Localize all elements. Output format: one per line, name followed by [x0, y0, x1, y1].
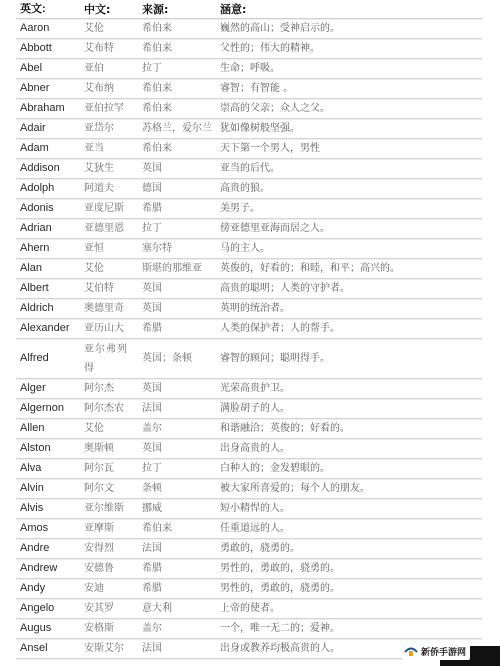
cell-chinese: 亚德里恩	[84, 222, 142, 235]
cell-origin: 盖尔	[142, 622, 218, 635]
cell-meaning: 睿智；有智能 。	[218, 82, 482, 95]
cell-meaning: 白种人的；金发碧眼的。	[218, 462, 482, 475]
cell-meaning: 亚当的后代。	[218, 162, 482, 175]
table-row: Augus安格斯盖尔一个，唯一无二的；爱神。	[16, 619, 482, 639]
cell-chinese: 亚伯拉罕	[84, 102, 142, 115]
cell-chinese: 安格斯	[84, 622, 142, 635]
cell-origin: 条顿	[142, 482, 218, 495]
cell-english: Aaron	[16, 22, 84, 35]
cell-meaning: 短小精悍的人。	[218, 502, 482, 515]
cell-chinese: 安迪	[84, 582, 142, 595]
cell-english: Albert	[16, 282, 84, 295]
cell-origin: 苏格兰，爱尔兰	[142, 122, 218, 135]
cell-chinese: 安德鲁	[84, 562, 142, 575]
cell-chinese: 阿尔杰农	[84, 402, 142, 415]
cell-chinese: 亚尔弗列得	[84, 340, 128, 378]
cell-english: Alston	[16, 442, 84, 455]
table-row: Alexander亚历山大希腊人类的保护者；人的帮手。	[16, 319, 482, 339]
cell-english: Alan	[16, 262, 84, 275]
cell-meaning: 光荣高贵护卫。	[218, 382, 482, 395]
table-row: Amos亚摩斯希伯来任重道远的人。	[16, 519, 482, 539]
cell-english: Adolph	[16, 182, 84, 195]
cell-meaning: 巍然的高山；受神启示的。	[218, 22, 482, 35]
cell-english: Adonis	[16, 202, 84, 215]
cell-english: Adam	[16, 142, 84, 155]
cell-english: Angelo	[16, 602, 84, 615]
cell-english: Andrew	[16, 562, 84, 575]
cell-origin: 希伯来	[142, 522, 218, 535]
watermark-label: 新侨手游网	[402, 642, 470, 660]
cell-origin: 盖尔	[142, 422, 218, 435]
cell-origin: 德国	[142, 182, 218, 195]
header-chinese: 中文:	[84, 3, 142, 16]
table-row: Adrian亚德里恩拉丁傍亚德里亚海而居之人。	[16, 219, 482, 239]
cell-chinese: 亚尔维斯	[84, 502, 142, 515]
cell-english: Adrian	[16, 222, 84, 235]
cell-origin: 意大利	[142, 602, 218, 615]
table-row: Andy安迪希腊男性的，勇敢的，骁勇的。	[16, 579, 482, 599]
table-row: Andrew安德鲁希腊男性的，勇敢的，骁勇的。	[16, 559, 482, 579]
cell-meaning: 犹如像树般坚强。	[218, 122, 482, 135]
house-logo-icon	[404, 646, 418, 656]
cell-chinese: 阿尔文	[84, 482, 142, 495]
table-row: Algernon阿尔杰农法国满脸胡子的人。	[16, 399, 482, 419]
cell-english: Abner	[16, 82, 84, 95]
cell-origin: 英国	[142, 382, 218, 395]
table-row: Adonis亚度尼斯希腊美男子。	[16, 199, 482, 219]
cell-meaning: 高贵的狼。	[218, 182, 482, 195]
table-row: Alger阿尔杰英国光荣高贵护卫。	[16, 379, 482, 399]
cell-english: Abbott	[16, 42, 84, 55]
cell-meaning: 勇敢的，骁勇的。	[218, 542, 482, 555]
cell-meaning: 生命；呼吸。	[218, 62, 482, 75]
cell-origin: 塞尔特	[142, 242, 218, 255]
cell-origin: 英国	[142, 162, 218, 175]
cell-meaning: 和谐融洽；英俊的；好看的。	[218, 422, 482, 435]
table-row: Adam亚当希伯来天下第一个男人，男性	[16, 139, 482, 159]
cell-english: Ahern	[16, 242, 84, 255]
cell-meaning: 高贵的聪明；人类的守护者。	[218, 282, 482, 295]
cell-english: Alvin	[16, 482, 84, 495]
table-row: Alan艾伦斯堪的那维亚英俊的，好看的；和睦，和平；高兴的。	[16, 259, 482, 279]
cell-meaning: 天下第一个男人，男性	[218, 142, 482, 155]
table-row: Alvis亚尔维斯挪威短小精悍的人。	[16, 499, 482, 519]
cell-english: Addison	[16, 162, 84, 175]
cell-origin: 希腊	[142, 562, 218, 575]
table-row: Abner艾布纳希伯来睿智；有智能 。	[16, 79, 482, 99]
cell-origin: 希伯来	[142, 22, 218, 35]
cell-meaning: 男性的，勇敢的，骁勇的。	[218, 582, 482, 595]
table-row: Angelo安其罗意大利上帝的使者。	[16, 599, 482, 619]
cell-chinese: 奥斯顿	[84, 442, 142, 455]
cell-meaning: 出身高贵的人。	[218, 442, 482, 455]
cell-origin: 英国；条顿	[142, 352, 218, 365]
table-row: Ahern亚恒塞尔特马的主人。	[16, 239, 482, 259]
table-row: Adair亚岱尔苏格兰，爱尔兰犹如像树般坚强。	[16, 119, 482, 139]
cell-meaning: 人类的保护者；人的帮手。	[218, 322, 482, 335]
cell-origin: 法国	[142, 542, 218, 555]
table-row: Adolph阿道夫德国高贵的狼。	[16, 179, 482, 199]
cell-chinese: 安斯艾尔	[84, 642, 142, 655]
cell-chinese: 安其罗	[84, 602, 142, 615]
cell-meaning: 崇高的父亲；众人之父。	[218, 102, 482, 115]
cell-meaning: 一个，唯一无二的；爱神。	[218, 622, 482, 635]
cell-chinese: 亚摩斯	[84, 522, 142, 535]
cell-english: Alexander	[16, 322, 84, 335]
cell-chinese: 艾伦	[84, 262, 142, 275]
table-row: Aaron艾伦希伯来巍然的高山；受神启示的。	[16, 19, 482, 39]
cell-english: Adair	[16, 122, 84, 135]
cell-chinese: 艾伦	[84, 22, 142, 35]
table-row: Aldrich奥德里奇英国英明的统治者。	[16, 299, 482, 319]
watermark-text: 新侨手游网	[421, 645, 466, 658]
site-watermark: 新侨手游网	[402, 642, 500, 666]
cell-chinese: 艾伯特	[84, 282, 142, 295]
table-row: Alva阿尔瓦拉丁白种人的；金发碧眼的。	[16, 459, 482, 479]
cell-meaning: 上帝的使者。	[218, 602, 482, 615]
cell-chinese: 阿道夫	[84, 182, 142, 195]
cell-english: Ansel	[16, 642, 84, 655]
cell-meaning: 任重道远的人。	[218, 522, 482, 535]
cell-meaning: 睿智的顾问；聪明得手。	[218, 352, 482, 365]
cell-meaning: 英明的统治者。	[218, 302, 482, 315]
header-meaning: 涵意:	[218, 3, 482, 16]
cell-chinese: 亚恒	[84, 242, 142, 255]
cell-english: Aldrich	[16, 302, 84, 315]
cell-english: Alfred	[16, 352, 84, 365]
cell-meaning: 英俊的，好看的；和睦，和平；高兴的。	[218, 262, 482, 275]
cell-meaning: 美男子。	[218, 202, 482, 215]
cell-english: Andre	[16, 542, 84, 555]
cell-origin: 希伯来	[142, 142, 218, 155]
table-row: Alvin阿尔文条顿被大家所喜爱的；每个人的朋友。	[16, 479, 482, 499]
table-row: Albert艾伯特英国高贵的聪明；人类的守护者。	[16, 279, 482, 299]
table-row: Abraham亚伯拉罕希伯来崇高的父亲；众人之父。	[16, 99, 482, 119]
cell-meaning: 满脸胡子的人。	[218, 402, 482, 415]
cell-chinese: 艾伦	[84, 422, 142, 435]
cell-english: Alvis	[16, 502, 84, 515]
table-row: Abbott艾布特希伯来父性的；伟大的精神。	[16, 39, 482, 59]
cell-origin: 法国	[142, 642, 218, 655]
cell-chinese: 艾布特	[84, 42, 142, 55]
table-header: 英文: 中文: 来源: 涵意:	[16, 0, 482, 19]
cell-chinese: 亚岱尔	[84, 122, 142, 135]
cell-meaning: 马的主人。	[218, 242, 482, 255]
cell-english: Andy	[16, 582, 84, 595]
cell-chinese: 亚历山大	[84, 322, 142, 335]
cell-origin: 法国	[142, 402, 218, 415]
table-row: Addison艾狄生英国亚当的后代。	[16, 159, 482, 179]
cell-origin: 英国	[142, 442, 218, 455]
cell-origin: 希伯来	[142, 102, 218, 115]
table-row: Allen艾伦盖尔和谐融洽；英俊的；好看的。	[16, 419, 482, 439]
cell-chinese: 艾狄生	[84, 162, 142, 175]
header-origin: 来源:	[142, 3, 218, 16]
cell-chinese: 亚度尼斯	[84, 202, 142, 215]
cell-meaning: 傍亚德里亚海而居之人。	[218, 222, 482, 235]
cell-chinese: 阿尔瓦	[84, 462, 142, 475]
table-row: Alfred亚尔弗列得英国；条顿睿智的顾问；聪明得手。	[16, 339, 482, 379]
cell-meaning: 男性的，勇敢的，骁勇的。	[218, 562, 482, 575]
cell-chinese: 安得烈	[84, 542, 142, 555]
cell-english: Algernon	[16, 402, 84, 415]
cell-english: Augus	[16, 622, 84, 635]
table-row: Alston奥斯顿英国出身高贵的人。	[16, 439, 482, 459]
cell-origin: 拉丁	[142, 62, 218, 75]
cell-chinese: 亚当	[84, 142, 142, 155]
cell-meaning: 父性的；伟大的精神。	[218, 42, 482, 55]
cell-english: Alger	[16, 382, 84, 395]
table-row: Andre安得烈法国勇敢的，骁勇的。	[16, 539, 482, 559]
cell-english: Alva	[16, 462, 84, 475]
cell-origin: 希伯来	[142, 42, 218, 55]
cell-origin: 希腊	[142, 322, 218, 335]
cell-chinese: 亚伯	[84, 62, 142, 75]
cell-meaning: 被大家所喜爱的；每个人的朋友。	[218, 482, 482, 495]
table-row: Abel亚伯拉丁生命；呼吸。	[16, 59, 482, 79]
cell-origin: 拉丁	[142, 462, 218, 475]
cell-origin: 希伯来	[142, 82, 218, 95]
table-body: Aaron艾伦希伯来巍然的高山；受神启示的。Abbott艾布特希伯来父性的；伟大…	[16, 19, 482, 659]
cell-chinese: 阿尔杰	[84, 382, 142, 395]
cell-origin: 斯堪的那维亚	[142, 262, 218, 275]
cell-origin: 拉丁	[142, 222, 218, 235]
cell-chinese: 艾布纳	[84, 82, 142, 95]
cell-origin: 希腊	[142, 202, 218, 215]
cell-origin: 英国	[142, 302, 218, 315]
cell-english: Amos	[16, 522, 84, 535]
names-table: 英文: 中文: 来源: 涵意: Aaron艾伦希伯来巍然的高山；受神启示的。Ab…	[16, 0, 482, 659]
cell-origin: 挪威	[142, 502, 218, 515]
cell-origin: 英国	[142, 282, 218, 295]
header-english: 英文:	[16, 3, 84, 16]
cell-english: Abraham	[16, 102, 84, 115]
cell-origin: 希腊	[142, 582, 218, 595]
cell-english: Allen	[16, 422, 84, 435]
cell-chinese: 奥德里奇	[84, 302, 142, 315]
cell-english: Abel	[16, 62, 84, 75]
